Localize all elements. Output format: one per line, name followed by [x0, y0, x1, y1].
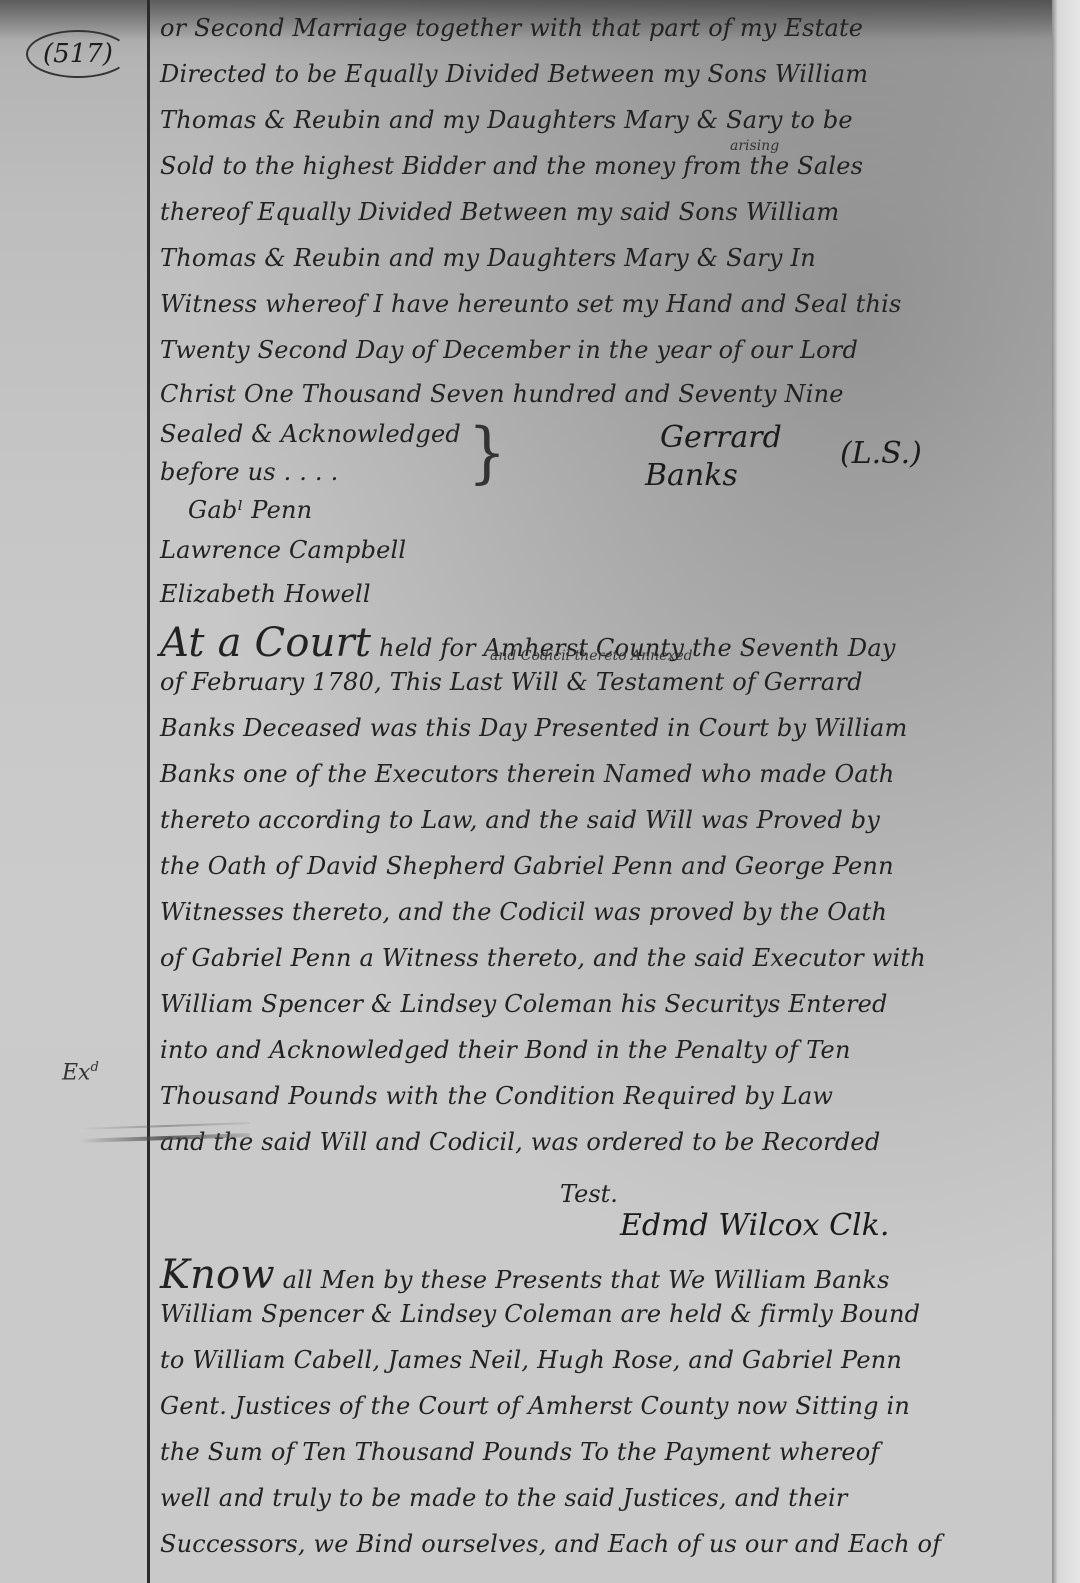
attestation-line: before us . . . .: [160, 458, 338, 486]
page-number: (517): [26, 30, 130, 78]
witness-name: Lawrence Campbell: [160, 536, 406, 564]
will-line: Christ One Thousand Seven hundred and Se…: [160, 380, 844, 408]
will-line: Twenty Second Day of December in the yea…: [160, 336, 858, 364]
court-opening: At a Court: [160, 620, 371, 666]
court-line: Banks Deceased was this Day Presented in…: [160, 714, 907, 742]
witness-name: Gabˡ Penn: [188, 496, 312, 524]
bond-opening: Know: [160, 1252, 275, 1298]
will-line: thereof Equally Divided Between my said …: [160, 198, 839, 226]
will-line: Directed to be Equally Divided Between m…: [160, 60, 868, 88]
bond-line: William Spencer & Lindsey Coleman are he…: [160, 1300, 920, 1328]
seal-mark: (L.S.): [840, 436, 922, 471]
interlineation: and Codicil thereto Annexed: [490, 648, 693, 664]
court-line: the Oath of David Shepherd Gabriel Penn …: [160, 852, 894, 880]
bond-line: the Sum of Ten Thousand Pounds To the Pa…: [160, 1438, 880, 1466]
scanned-ledger-page: (517) or Second Marriage together with t…: [0, 0, 1080, 1583]
court-line: thereto according to Law, and the said W…: [160, 806, 880, 834]
test-label: Test.: [560, 1180, 618, 1208]
attestation-line: Sealed & Acknowledged: [160, 420, 461, 448]
margin-note: Exd: [62, 1060, 99, 1085]
brace-mark: }: [468, 415, 506, 492]
will-line: or Second Marriage together with that pa…: [160, 14, 863, 42]
will-line: Thomas & Reubin and my Daughters Mary & …: [160, 106, 853, 134]
testator-first-name: Gerrard: [660, 420, 782, 455]
margin-note-sup: d: [90, 1060, 98, 1075]
will-line: Witness whereof I have hereunto set my H…: [160, 290, 902, 318]
witness-name: Elizabeth Howell: [160, 580, 371, 608]
court-line: into and Acknowledged their Bond in the …: [160, 1036, 851, 1064]
bond-line: Successors, we Bind ourselves, and Each …: [160, 1530, 941, 1558]
court-line: of February 1780, This Last Will & Testa…: [160, 668, 863, 696]
bond-line: Gent. Justices of the Court of Amherst C…: [160, 1392, 910, 1420]
court-line: and the said Will and Codicil, was order…: [160, 1128, 880, 1156]
court-line: Thousand Pounds with the Condition Requi…: [160, 1082, 833, 1110]
margin-note-text: Ex: [62, 1060, 90, 1085]
bond-line: to William Cabell, James Neil, Hugh Rose…: [160, 1346, 902, 1374]
court-line: Witnesses thereto, and the Codicil was p…: [160, 898, 887, 926]
court-line: Banks one of the Executors therein Named…: [160, 760, 894, 788]
margin-rule: [147, 0, 150, 1583]
bond-line-first: Know all Men by these Presents that We W…: [160, 1252, 890, 1298]
bond-line-text: all Men by these Presents that We Willia…: [283, 1266, 890, 1294]
will-line: Sold to the highest Bidder and the money…: [160, 152, 863, 180]
bond-line: well and truly to be made to the said Ju…: [160, 1484, 848, 1512]
page-right-edge: [1052, 0, 1080, 1583]
testator-last-name: Banks: [645, 458, 738, 493]
clerk-signature: Edmd Wilcox Clk.: [620, 1208, 889, 1243]
court-line: of Gabriel Penn a Witness thereto, and t…: [160, 944, 926, 972]
court-line: William Spencer & Lindsey Coleman his Se…: [160, 990, 888, 1018]
will-line: Thomas & Reubin and my Daughters Mary & …: [160, 244, 816, 272]
